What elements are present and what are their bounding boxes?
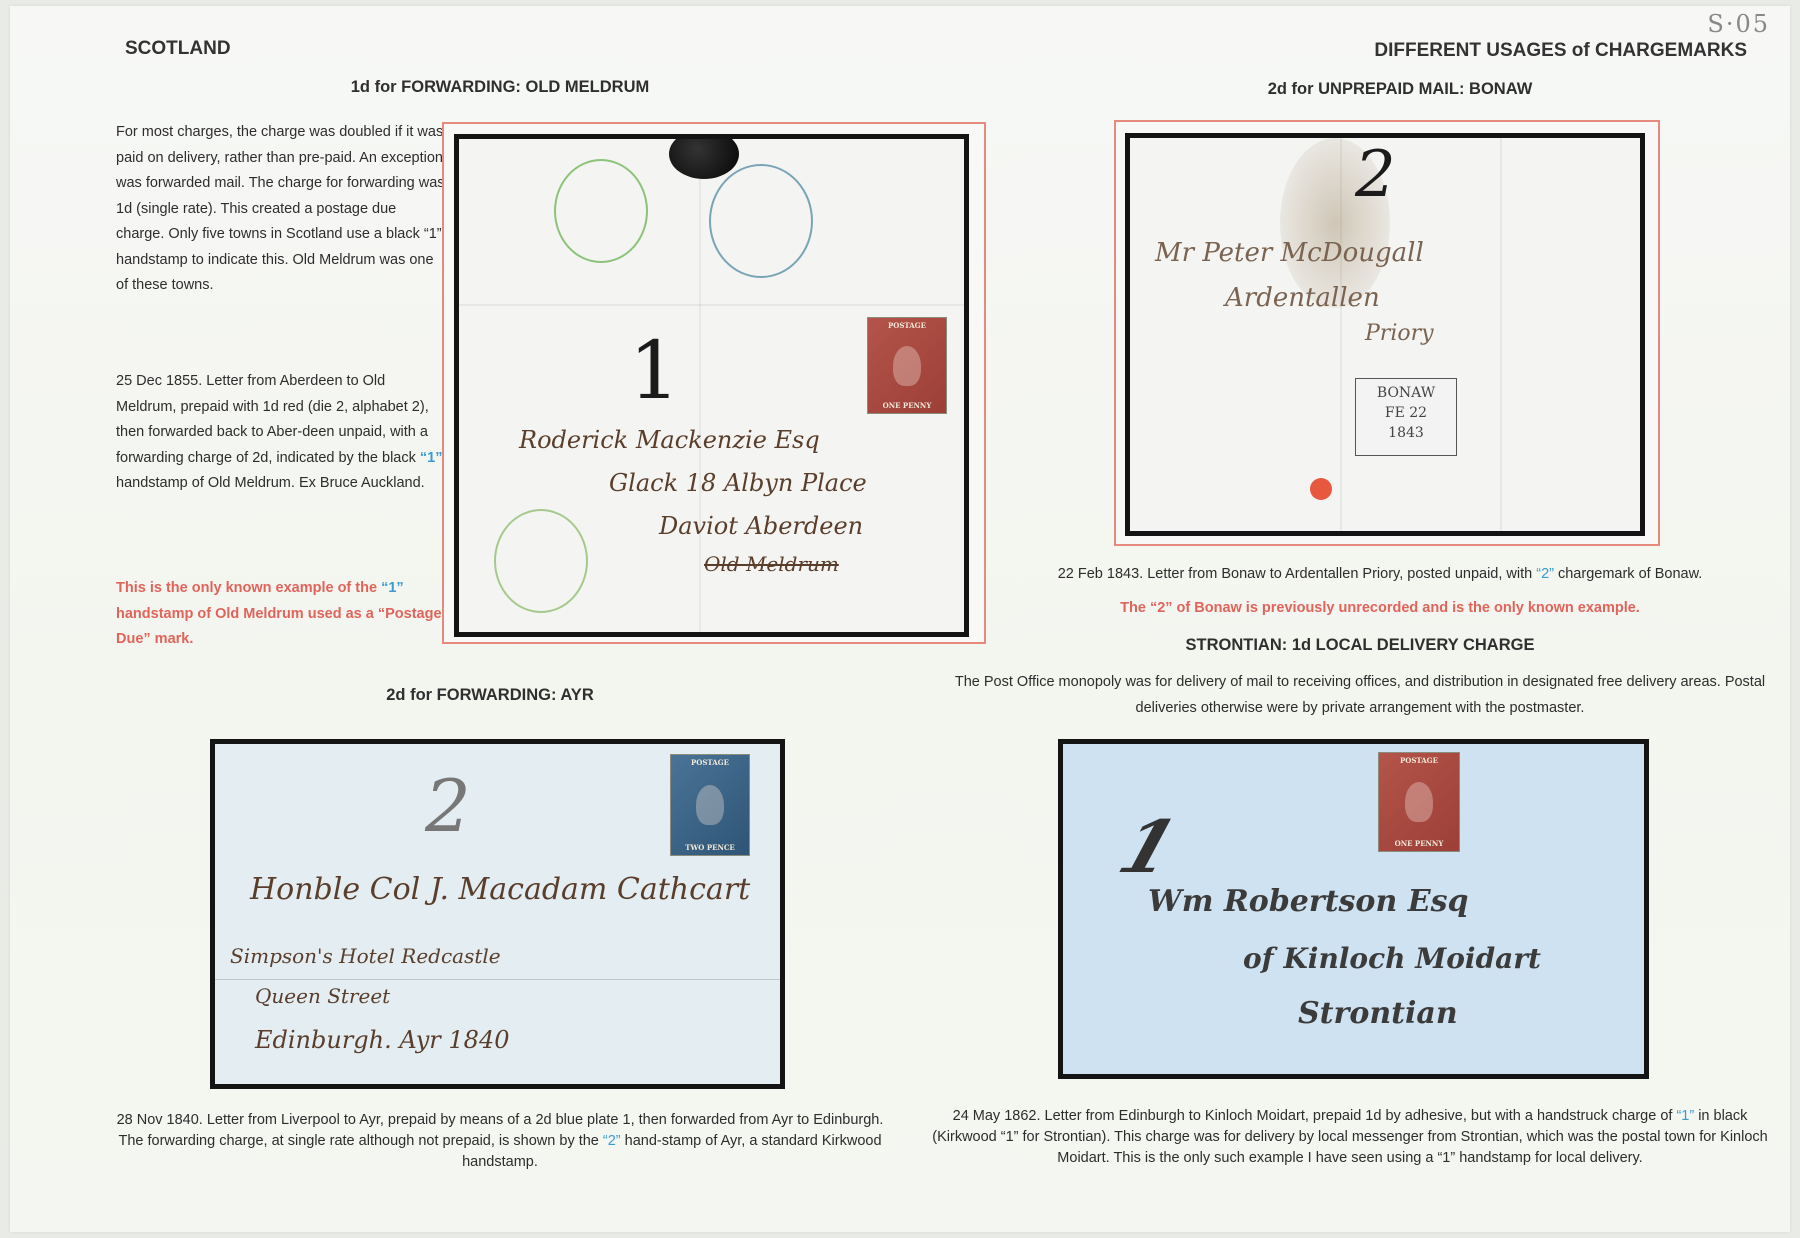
section-heading-bonaw: 2d for UNPREPAID MAIL: BONAW <box>1190 80 1610 99</box>
penny-red-stamp: POSTAGE ONE PENNY <box>867 317 947 414</box>
bonaw-description: 22 Feb 1843. Letter from Bonaw to Ardent… <box>970 562 1790 588</box>
address-line: Strontian <box>1298 996 1458 1031</box>
strontian-intro: The Post Office monopoly was for deliver… <box>945 670 1775 721</box>
address-line: Mr Peter McDougall <box>1155 238 1424 268</box>
address-line: Glack 18 Albyn Place <box>609 469 867 497</box>
address-line: of Kinloch Moidart <box>1243 942 1541 975</box>
address-line: Simpson's Hotel Redcastle <box>230 944 501 968</box>
aberdeen-postmark <box>554 159 648 263</box>
address-line: Daviot Aberdeen <box>659 512 863 540</box>
address-line: Old Meldrum <box>704 552 839 576</box>
page-title-right: DIFFERENT USAGES of CHARGEMARKS <box>1374 40 1747 62</box>
exhibit-page: SCOTLAND DIFFERENT USAGES of CHARGEMARKS… <box>10 6 1790 1232</box>
daviot-postmark <box>709 164 813 278</box>
page-reference: S·05 <box>1707 10 1770 38</box>
address-line: Priory <box>1365 321 1434 346</box>
old-meldrum-postmark <box>494 509 588 613</box>
charge-mark-1: 1 <box>1100 804 1195 889</box>
wax-seal <box>669 134 739 179</box>
twopenny-blue-stamp: POSTAGE TWO PENCE <box>670 754 750 856</box>
address-line: Queen Street <box>255 984 390 1008</box>
strontian-cover: POSTAGE ONE PENNY 1 Wm Robertson Esq of … <box>1058 739 1649 1079</box>
bonaw-boxed-postmark: BONAW FE 22 1843 <box>1355 378 1457 456</box>
old-meldrum-note: This is the only known example of the “1… <box>116 576 446 653</box>
old-meldrum-intro: For most charges, the charge was doubled… <box>116 120 446 299</box>
old-meldrum-cover: POSTAGE ONE PENNY 1 Roderick Mackenzie E… <box>454 134 969 637</box>
ayr-cover: POSTAGE TWO PENCE 2 Honble Col J. Macada… <box>210 739 785 1089</box>
red-wax-seal <box>1310 478 1332 500</box>
section-heading-old-meldrum: 1d for FORWARDING: OLD MELDRUM <box>310 78 690 97</box>
charge-mark-2: 2 <box>1355 138 1396 212</box>
old-meldrum-description: 25 Dec 1855. Letter from Aberdeen to Old… <box>116 369 446 497</box>
address-line: Ardentallen <box>1225 283 1380 313</box>
section-heading-ayr: 2d for FORWARDING: AYR <box>340 686 640 705</box>
chargemark-highlight: “1” <box>420 450 443 466</box>
charge-mark-2: 2 <box>425 764 471 848</box>
penny-red-stamp: POSTAGE ONE PENNY <box>1378 752 1460 852</box>
strontian-description: 24 May 1862. Letter from Edinburgh to Ki… <box>930 1106 1770 1169</box>
address-line: Wm Robertson Esq <box>1148 884 1468 919</box>
bonaw-cover: 2 Mr Peter McDougall Ardentallen Priory … <box>1125 133 1645 536</box>
page-title-left: SCOTLAND <box>125 38 231 60</box>
ayr-description: 28 Nov 1840. Letter from Liverpool to Ay… <box>110 1110 890 1173</box>
address-line: Honble Col J. Macadam Cathcart <box>250 872 750 907</box>
bonaw-note: The “2” of Bonaw is previously unrecorde… <box>970 596 1790 622</box>
section-heading-strontian: STRONTIAN: 1d LOCAL DELIVERY CHARGE <box>1120 636 1600 655</box>
charge-mark-1: 1 <box>629 324 680 417</box>
address-line: Edinburgh. Ayr 1840 <box>255 1026 509 1054</box>
address-line: Roderick Mackenzie Esq <box>519 426 820 454</box>
